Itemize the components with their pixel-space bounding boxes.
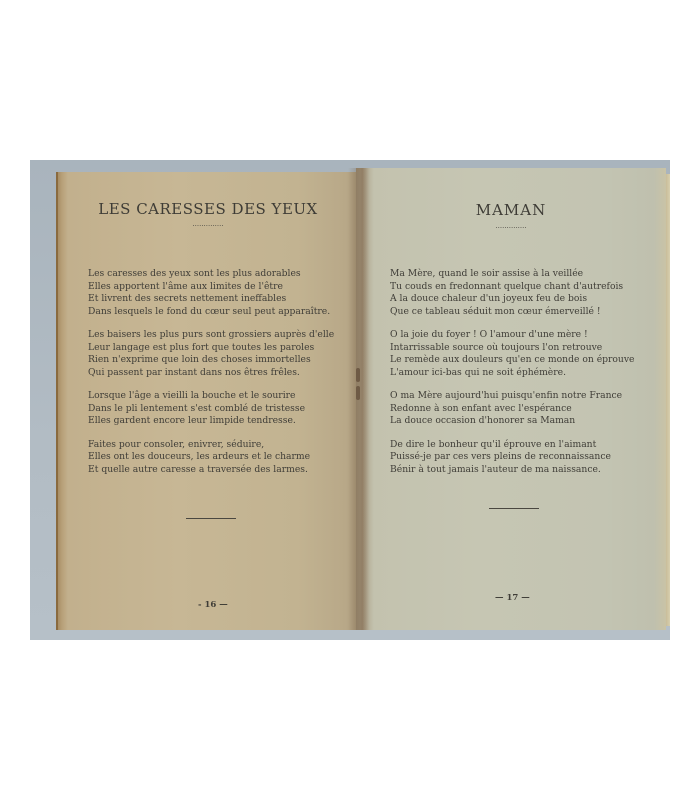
left-page: LES CARESSES DES YEUX ·············· Les… xyxy=(56,172,358,630)
verse-line: Tu couds en fredonnant quelque chant d'a… xyxy=(390,281,634,294)
verse-line: Lorsque l'âge a vieilli la bouche et le … xyxy=(88,390,334,403)
page-number: - 16 — xyxy=(198,600,228,610)
verse-line: Elles ont les douceurs, les ardeurs et l… xyxy=(88,451,334,464)
verse-line: O ma Mère aujourd'hui puisqu'enfin notre… xyxy=(390,390,634,403)
verse-line: Rien n'exprime que loin des choses immor… xyxy=(88,354,334,367)
verse-line: De dire le bonheur qu'il éprouve en l'ai… xyxy=(390,439,634,452)
poem-title: MAMAN xyxy=(356,201,666,219)
verse-line: Les baisers les plus purs sont grossiers… xyxy=(88,329,334,342)
end-rule xyxy=(186,518,236,519)
stanza: De dire le bonheur qu'il éprouve en l'ai… xyxy=(390,439,634,477)
verse-line: A la douce chaleur d'un joyeux feu de bo… xyxy=(390,293,634,306)
stanza: O la joie du foyer ! O l'amour d'une mèr… xyxy=(390,329,634,379)
title-ornament: ·············· xyxy=(356,224,666,232)
stanza: Lorsque l'âge a vieilli la bouche et le … xyxy=(88,390,334,428)
right-page: MAMAN ·············· Ma Mère, quand le s… xyxy=(356,168,666,630)
page-edge xyxy=(666,174,670,626)
verse-line: Redonne à son enfant avec l'espérance xyxy=(390,403,634,416)
poem-body: Les caresses des yeux sont les plus ador… xyxy=(88,268,334,487)
verse-line: O la joie du foyer ! O l'amour d'une mèr… xyxy=(390,329,634,342)
poem-body: Ma Mère, quand le soir assise à la veill… xyxy=(390,268,634,487)
verse-line: Elles gardent encore leur limpide tendre… xyxy=(88,415,334,428)
verse-line: Et quelle autre caresse a traversée des … xyxy=(88,464,334,477)
stanza: Faites pour consoler, enivrer, séduire, … xyxy=(88,439,334,477)
staple-icon xyxy=(356,386,360,400)
verse-line: Dans lesquels le fond du cœur seul peut … xyxy=(88,306,334,319)
verse-line: Bénir à tout jamais l'auteur de ma naiss… xyxy=(390,464,634,477)
verse-line: Et livrent des secrets nettement ineffab… xyxy=(88,293,334,306)
staple-icon xyxy=(356,368,360,382)
stanza: O ma Mère aujourd'hui puisqu'enfin notre… xyxy=(390,390,634,428)
verse-line: Les caresses des yeux sont les plus ador… xyxy=(88,268,334,281)
verse-line: Faites pour consoler, enivrer, séduire, xyxy=(88,439,334,452)
verse-line: Ma Mère, quand le soir assise à la veill… xyxy=(390,268,634,281)
verse-line: L'amour ici-bas qui ne soit éphémère. xyxy=(390,367,634,380)
stanza: Les baisers les plus purs sont grossiers… xyxy=(88,329,334,379)
book-gutter xyxy=(348,168,374,630)
verse-line: Qui passent par instant dans nos êtres f… xyxy=(88,367,334,380)
booklet-photo: LES CARESSES DES YEUX ·············· Les… xyxy=(30,160,670,640)
page-number: — 17 — xyxy=(495,593,530,603)
title-ornament: ·············· xyxy=(58,222,358,230)
poem-title: LES CARESSES DES YEUX xyxy=(58,200,358,218)
verse-line: Que ce tableau séduit mon cœur émerveill… xyxy=(390,306,634,319)
verse-line: Puissé-je par ces vers pleins de reconna… xyxy=(390,451,634,464)
verse-line: Intarrissable source où toujours l'on re… xyxy=(390,342,634,355)
stanza: Les caresses des yeux sont les plus ador… xyxy=(88,268,334,318)
verse-line: Leur langage est plus fort que toutes le… xyxy=(88,342,334,355)
stanza: Ma Mère, quand le soir assise à la veill… xyxy=(390,268,634,318)
end-rule xyxy=(489,508,539,509)
verse-line: La douce occasion d'honorer sa Maman xyxy=(390,415,634,428)
verse-line: Le remède aux douleurs qu'en ce monde on… xyxy=(390,354,634,367)
verse-line: Elles apportent l'âme aux limites de l'ê… xyxy=(88,281,334,294)
verse-line: Dans le pli lentement s'est comblé de tr… xyxy=(88,403,334,416)
